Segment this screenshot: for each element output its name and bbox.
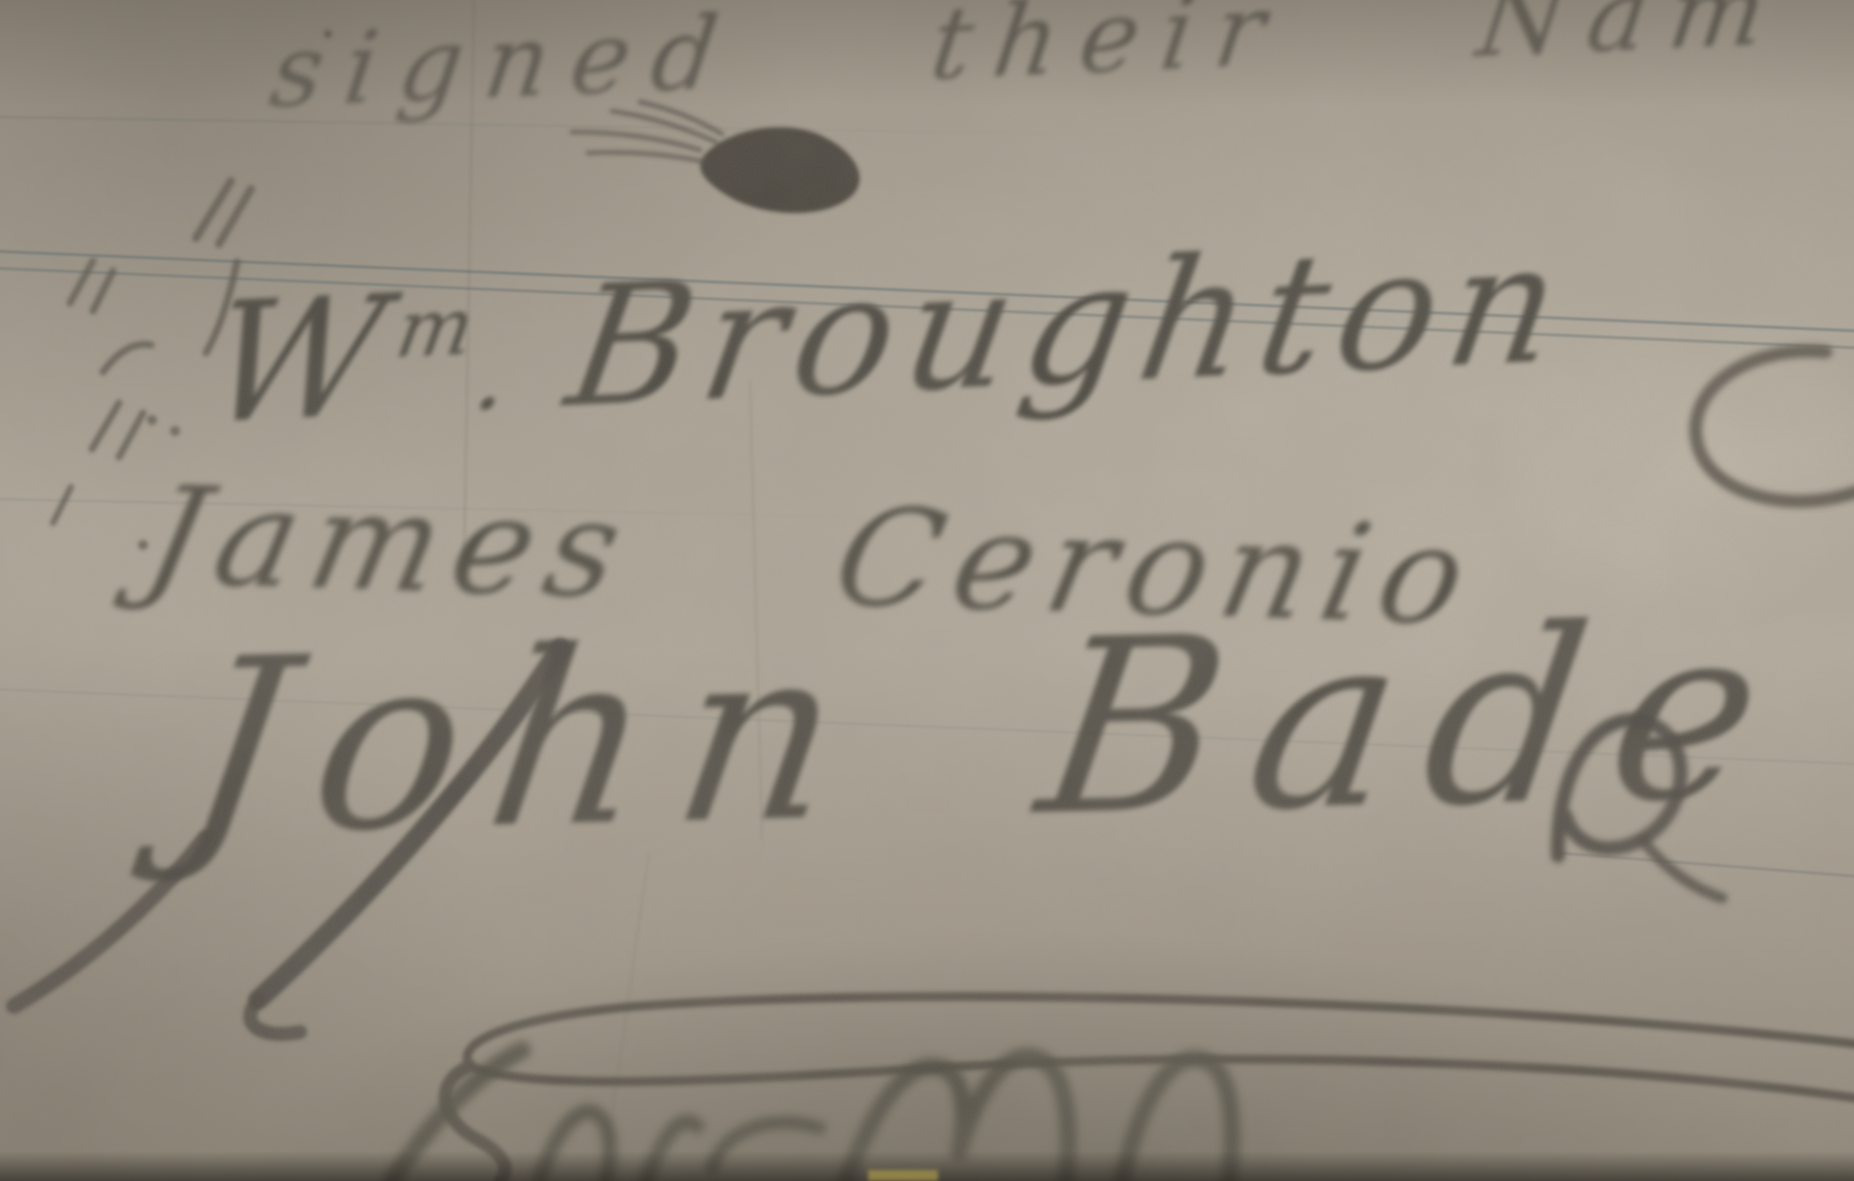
photo-of-signature-page: signed their Nam Wm.Broughton James Cero… bbox=[0, 0, 1854, 1181]
vignette-overlay bbox=[0, 0, 1854, 1181]
bottom-edge-yellow-mark bbox=[868, 1170, 938, 1181]
